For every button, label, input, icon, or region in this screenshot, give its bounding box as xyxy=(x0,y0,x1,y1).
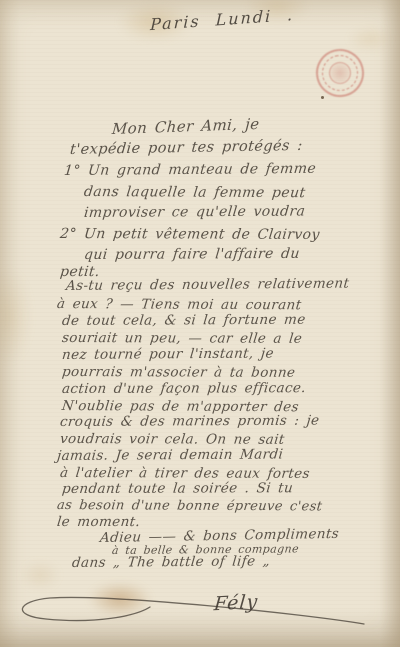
handwritten-line: as besoin d'une bonne épreuve c'est xyxy=(56,498,323,514)
letter-page: Paris Lundi . Mon Cher Ami, jet'expédie … xyxy=(0,0,400,647)
handwritten-line: Mon Cher Ami, je xyxy=(111,115,260,138)
handwritten-line: jamais. Je serai demain Mardi xyxy=(56,446,284,464)
signature: Fély xyxy=(213,591,259,615)
handwritten-line: As-tu reçu des nouvelles relativement xyxy=(65,276,350,294)
handwritten-line: qui pourra faire l'affaire du xyxy=(83,246,300,263)
handwritten-line: le moment. xyxy=(56,514,141,530)
handwritten-line: pendant toute la soirée . Si tu xyxy=(61,480,294,497)
handwritten-line: souriait un peu, — car elle a le xyxy=(61,330,303,347)
letter-body: Mon Cher Ami, jet'expédie pour tes proté… xyxy=(0,0,400,647)
handwritten-line: dans „ The battle of life „ xyxy=(71,553,271,571)
handwritten-line: 1° Un grand manteau de femme xyxy=(63,161,317,179)
handwritten-line: 2° Un petit vêtement de Clairvoy xyxy=(59,226,321,243)
handwritten-line: dans laquelle la femme peut xyxy=(83,184,306,201)
handwritten-line: pourrais m'associer à ta bonne xyxy=(61,364,296,381)
handwritten-line: croquis & des marines promis : je xyxy=(59,413,320,430)
handwritten-line: nez tourné pour l'instant, je xyxy=(61,346,274,363)
handwritten-line: de tout cela, & si la fortune me xyxy=(61,312,306,329)
handwritten-line: à eux ? — Tiens moi au courant xyxy=(56,296,302,313)
handwritten-line: voudrais voir cela. On ne sait xyxy=(59,431,285,448)
handwritten-line: t'expédie pour tes protégés : xyxy=(69,138,303,158)
handwritten-line: improviser ce qu'elle voudra xyxy=(83,203,306,221)
handwritten-line: action d'une façon plus efficace. xyxy=(61,380,307,397)
